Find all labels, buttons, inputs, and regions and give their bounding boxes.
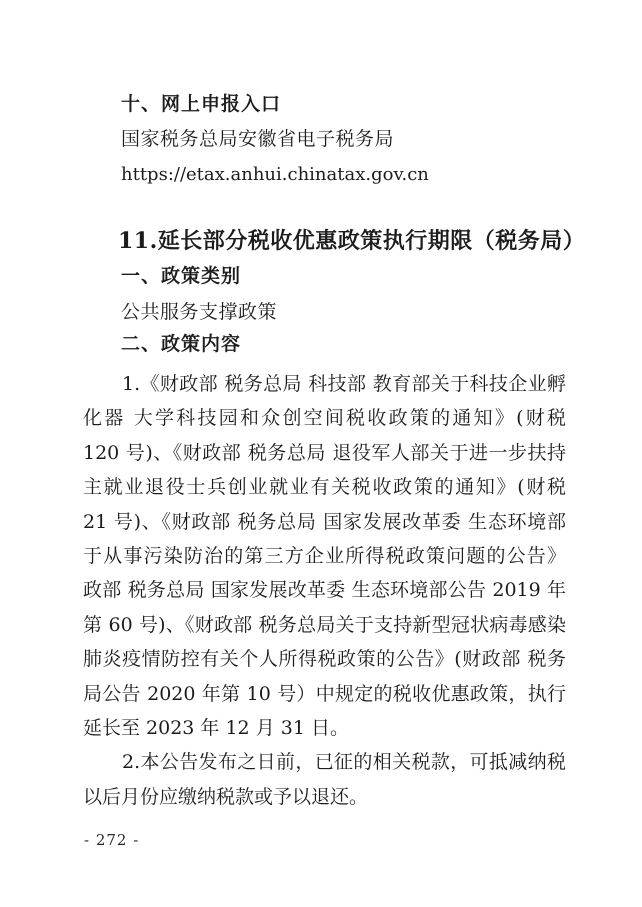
paragraph-line: 化器 大学科技园和众创空间税收政策的通知》(财税〔2018〕	[83, 401, 566, 435]
paragraph-line: 肺炎疫情防控有关个人所得税政策的公告》(财政部 税务总	[83, 642, 566, 676]
policy-paragraphs: 1.《财政部 税务总局 科技部 教育部关于科技企业孵化器 大学科技园和众创空间税…	[83, 367, 566, 814]
etax-url-text: https://etax.anhui.chinatax.gov.cn	[121, 164, 429, 186]
paragraph-line: 第 60 号)、《财政部 税务总局关于支持新型冠状病毒感染的	[83, 608, 566, 642]
policy-title: 11.延长部分税收优惠政策执行期限（税务局）	[118, 228, 585, 254]
paragraph-line: 政部 税务总局 国家发展改革委 生态环境部公告 2019 年	[83, 573, 566, 607]
paragraph-line: 120 号)、《财政部 税务总局 退役军人部关于进一步扶持自	[83, 436, 566, 470]
paragraph-line: 1.《财政部 税务总局 科技部 教育部关于科技企业孵	[83, 367, 566, 401]
document-page: 十、网上申报入口 国家税务总局安徽省电子税务局 https://etax.anh…	[0, 0, 642, 907]
paragraph: 2.本公告发布之日前，已征的相关税款，可抵减纳税人以后月份应缴纳税款或予以退还。	[83, 745, 566, 814]
category-heading: 一、政策类别	[121, 265, 241, 287]
page-number: - 272 -	[84, 831, 139, 849]
paragraph-line: 以后月份应缴纳税款或予以退还。	[83, 780, 566, 814]
paragraph-line: 局公告 2020 年第 10 号）中规定的税收优惠政策，执行期限	[83, 677, 566, 711]
section-heading-online-entry: 十、网上申报入口	[121, 93, 281, 115]
paragraph-line: 2.本公告发布之日前，已征的相关税款，可抵减纳税人	[83, 745, 566, 779]
category-value: 公共服务支撑政策	[121, 301, 277, 323]
paragraph-line: 延长至 2023 年 12 月 31 日。	[83, 711, 566, 745]
paragraph: 1.《财政部 税务总局 科技部 教育部关于科技企业孵化器 大学科技园和众创空间税…	[83, 367, 566, 745]
content-heading: 二、政策内容	[121, 333, 241, 355]
paragraph-line: 21 号)、《财政部 税务总局 国家发展改革委 生态环境部关	[83, 505, 566, 539]
paragraph-line: 于从事污染防治的第三方企业所得税政策问题的公告》（财	[83, 539, 566, 573]
bureau-name-text: 国家税务总局安徽省电子税务局	[121, 128, 394, 150]
paragraph-line: 主就业退役士兵创业就业有关税收政策的通知》(财税〔2019〕	[83, 470, 566, 504]
